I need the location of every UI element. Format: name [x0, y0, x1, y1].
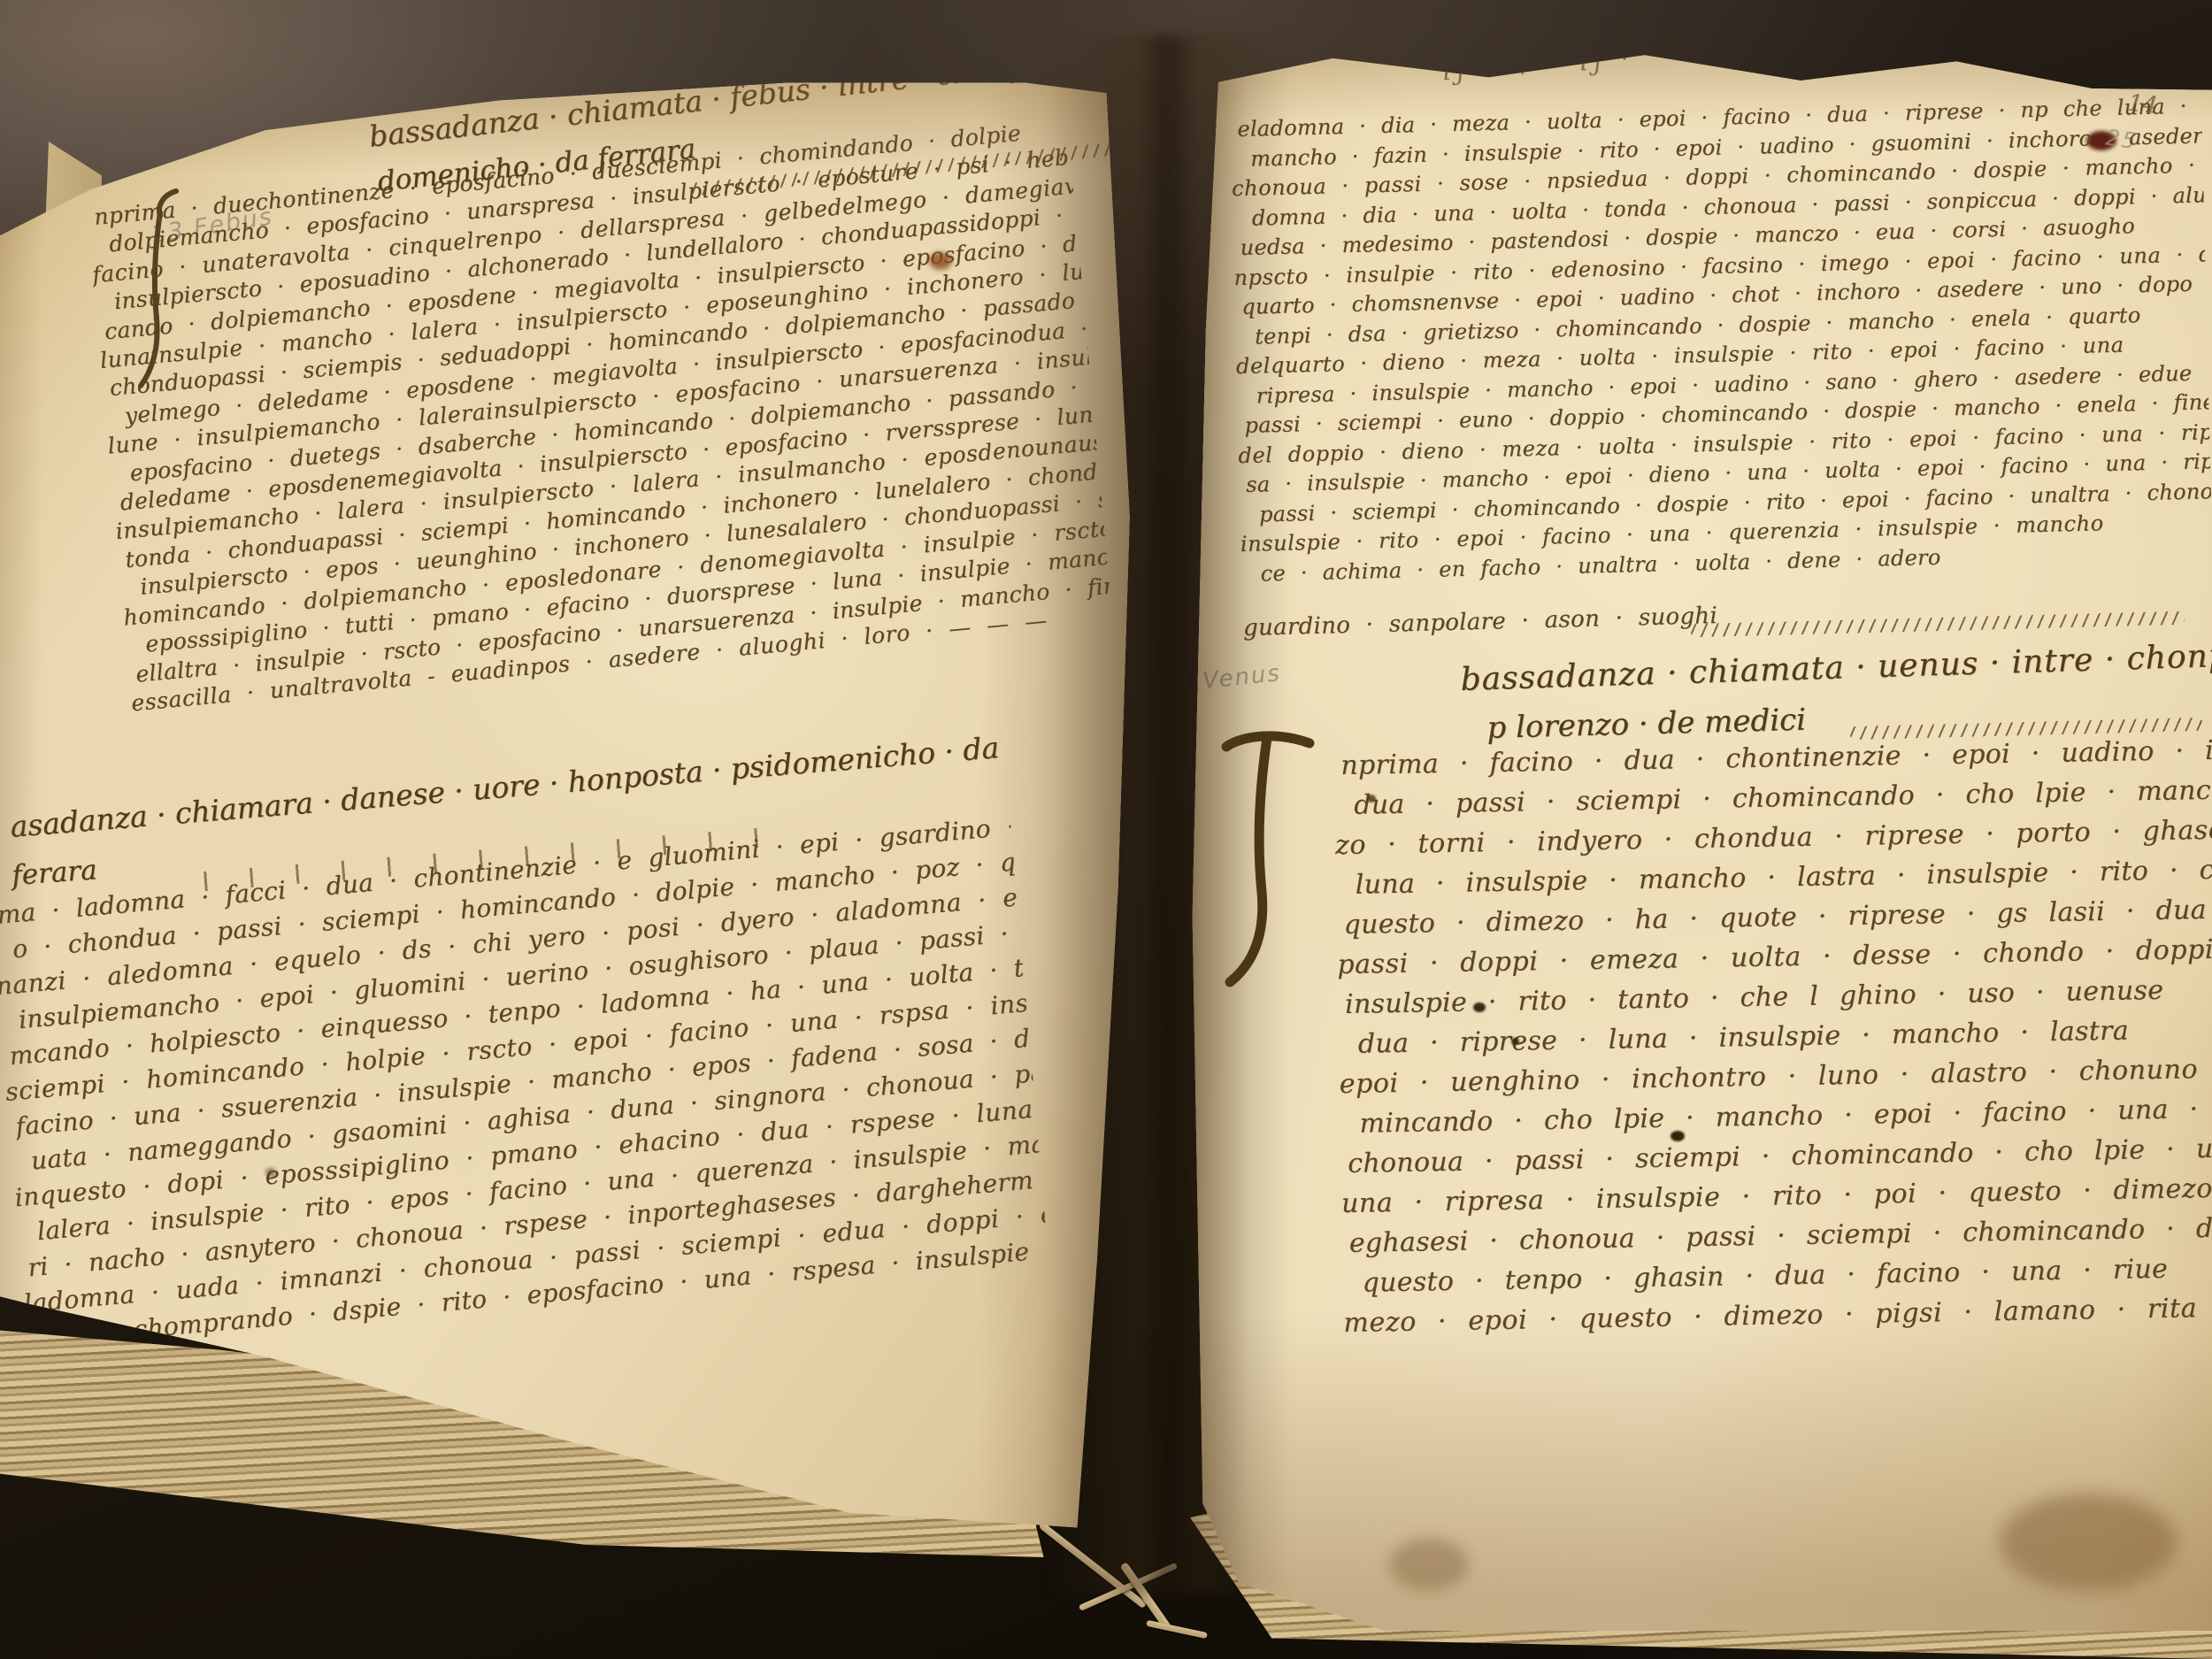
manuscript-line: dolpiemancho · eposfacino · unarspresa ·…	[108, 143, 1071, 259]
manuscript-line: chonduopassi · sciempis · seduadoppi · h…	[109, 286, 1085, 403]
manuscript-line: quarto · chomsnenvse · epoi · uadino · c…	[1241, 269, 2206, 322]
manuscript-line: zo · torni · indyero · chondua · riprese…	[1335, 810, 2212, 865]
manuscript-line: insulspie · rito · tanto · che l ghino ·…	[1345, 970, 2212, 1025]
manuscript-line: ma · ladomna · facci · dua · chontinenzi…	[0, 810, 1012, 933]
manuscript-line: mincando · cho lpie · mancho · epoi · fa…	[1359, 1089, 2212, 1144]
manuscript-line: insulpierscto · eposuadino · alchonerado…	[113, 201, 1077, 317]
manuscript-line: mcando · holpiescto · einquesso · tenpo …	[8, 950, 1025, 1074]
venus-text-block: nprima · facino · dua · chontinenzie · e…	[1340, 731, 2212, 1343]
manuscript-line: insulspie · rito · epoi · facino · una ·…	[1240, 506, 2211, 559]
binding-thread	[1146, 1620, 1208, 1639]
folio-number-pencil: 25	[2104, 125, 2139, 155]
folio-number-ink: 14	[2127, 89, 2159, 119]
manuscript-line: ce · achima · en facho · unaltra · uolta…	[1260, 536, 2212, 589]
ink-spot	[1367, 795, 1376, 803]
line-filler-flourish	[1849, 718, 2203, 740]
manuscript-line: nprima · facino · dua · chontinenzie · e…	[1340, 731, 2212, 786]
danese-closing-line: guardino · sanpolare · ason · suoghi	[1243, 603, 1718, 641]
line-filler-flourish	[1690, 611, 2185, 638]
danese-end-text-block: eladomna · dia · meza · uolta · epoi · f…	[1237, 91, 2212, 588]
febus-text-block: nprima · duechontinenze · eposfacino · d…	[93, 115, 1113, 718]
book-gutter-shadow	[1044, 35, 1292, 1593]
manuscript-line: mancho · fazin · insulspie · rito · epoi…	[1250, 121, 2202, 174]
right-page: ij · + · ij · 14 25 eladomna · dia · mez…	[1177, 42, 2212, 1631]
heading-danese-place: ferara	[11, 854, 98, 892]
manuscript-line: domna · dia · una · uolta · tonda · chon…	[1251, 180, 2203, 234]
manuscript-line: luna · insulspie · mancho · lastra · ins…	[1355, 850, 2212, 905]
manuscript-line: insulpiemancho · lalera · insulpierscto …	[114, 429, 1097, 547]
manuscript-line: dua · passi · sciempi · chomincando · ch…	[1354, 771, 2212, 826]
manuscript-line: epoi · uenghino · inchontro · luno · ala…	[1339, 1049, 2212, 1104]
heading-venus-author: p lorenzo · de medici	[1486, 703, 1807, 746]
manuscript-line: delquarto · dieno · meza · uolta · insul…	[1236, 328, 2208, 381]
manuscript-line: eladomna · dia · meza · uolta · epoi · f…	[1237, 91, 2201, 144]
ink-spot	[1511, 1038, 1519, 1045]
manuscript-line: npscto · insulpie · rito · edenosino · f…	[1233, 240, 2205, 293]
ink-spot	[1473, 1002, 1486, 1012]
wax-blot	[2086, 131, 2116, 150]
initial-letter-I-icon	[137, 186, 190, 393]
manuscript-line: deledame · eposdenemegiavolta · insulpie…	[119, 401, 1094, 518]
heading-febus-author: domenicho · da ferrara	[376, 133, 697, 198]
danese-text-block: ma · ladomna · facci · dua · chontinenzi…	[0, 810, 1049, 1356]
manuscript-line: essacilla · unaltravolta - euadinpos · a…	[130, 600, 1113, 718]
manuscript-line: eghasesi · chonoua · passi · sciempi · c…	[1348, 1209, 2212, 1263]
manuscript-line: insulpierscto · epos · ueunghino · incho…	[139, 486, 1102, 602]
quire-marks: ij + ij	[415, 61, 512, 97]
manuscript-line: facino · unateravolta · cinquelrenpo · d…	[91, 172, 1074, 289]
stain	[265, 1168, 276, 1177]
manuscript-line: cando · dolpiemancho · eposdene · megiav…	[104, 229, 1079, 346]
manuscript-line: epos · chomprando · dspie · rito · eposf…	[33, 1233, 1049, 1356]
manuscript-line: ripresa · insulspie · mancho · epoi · ua…	[1256, 358, 2208, 411]
manuscript-line: eposfacino · duetegs · dsaberche · homin…	[128, 372, 1092, 488]
manuscript-line: mezo · epoi · questo · dimezo · pigsi · …	[1343, 1288, 2212, 1343]
manuscript-line: nprima · duechontinenze · eposfacino · d…	[93, 115, 1069, 232]
manuscript-line: lalera · insulspie · rito · epos · facin…	[35, 1126, 1040, 1249]
manuscript-line: uata · nameggando · gsaomini · aghisa · …	[29, 1056, 1033, 1179]
damp-stain	[1389, 1538, 1469, 1591]
heading-bassadanza-venus: bassadanza · chiamata · uenus · intre · …	[1460, 635, 2212, 698]
manuscript-line: questo · dimezo · ha · quote · riprese ·…	[1343, 890, 2212, 945]
manuscript-line: una · ripresa · insulspie · rito · poi ·…	[1341, 1169, 2212, 1224]
manuscript-line: dua · riprese · luna · insulspie · manch…	[1357, 1010, 2212, 1064]
manuscript-line: eposssipiglino · tutti · pmano · efacino…	[144, 543, 1108, 659]
manuscript-line: questo · tenpo · ghasin · dua · facino ·…	[1362, 1248, 2212, 1303]
ink-spot	[1671, 1131, 1685, 1141]
manuscript-line: passi · doppi · emeza · uolta · desse · …	[1337, 930, 2212, 985]
manuscript-line: yelmego · deledame · eposdene · megiavol…	[124, 315, 1087, 431]
manuscript-photo: 13 Febus ij + ij bassadanza · chiamata ·…	[0, 0, 2212, 1659]
manuscript-line: inquesto · dopi · eposssipiglino · pmano…	[13, 1092, 1037, 1217]
manuscript-line: ellaltra · insulpie · rscto · eposfacino…	[134, 572, 1110, 688]
manuscript-line: facino · una · ssuerenzia · insulspie · …	[14, 1021, 1031, 1145]
manuscript-line: nanzi · aledomna · equelo · ds · chi yer…	[0, 879, 1018, 1004]
quire-marks: ij · + · ij ·	[1441, 42, 1635, 87]
manuscript-line: chonoua · passi · sciempi · chomincando …	[1348, 1129, 2212, 1184]
manuscript-line: o · chondua · passi · sciempi · homincan…	[11, 845, 1015, 968]
manuscript-line: sciempi · homincando · holpie · rscto · …	[4, 986, 1027, 1110]
heading-bassadanza-danese: asadanza · chiamara · danese · uore · ho…	[9, 730, 1000, 844]
manuscript-line: passi · sciempi · euno · doppio · chomin…	[1244, 388, 2208, 441]
manuscript-line: lunainsulpie · mancho · lalera · insulpi…	[99, 257, 1082, 375]
stain	[929, 252, 952, 270]
manuscript-line: lune · insulpiemancho · lalerainsulpiers…	[107, 343, 1090, 461]
manuscript-line: sa · insulspie · mancho · epoi · dieno ·…	[1246, 447, 2210, 500]
manuscript-line: del doppio · dieno · meza · uolta · insu…	[1238, 418, 2209, 471]
manuscript-line: tenpi · dsa · grietizso · chomincando · …	[1255, 299, 2207, 352]
left-page: 13 Febus ij + ij bassadanza · chiamata ·…	[0, 71, 1141, 1557]
manuscript-line: ladomna · uada · imnanzi · chonoua · pas…	[22, 1197, 1046, 1322]
manuscript-line: uedsa · medesimo · pastendosi · dospie ·…	[1240, 210, 2204, 263]
manuscript-line: homincando · dolpiemancho · eposledonare…	[122, 515, 1105, 633]
damp-stain	[2000, 1494, 2177, 1591]
manuscript-line: insulpiemancho · epoi · gluomini · uerin…	[17, 915, 1021, 1038]
manuscript-line: chonoua · passi · sose · npsiedua · dopp…	[1232, 150, 2203, 204]
pencil-marginal-note-febus: 13 Febus	[149, 203, 275, 249]
manuscript-line: ri · nacho · asnytero · chonoua · rspese…	[27, 1162, 1043, 1286]
line-filler-comma-flourish	[177, 826, 796, 894]
manuscript-line: tonda · chonduapassi · sciempi · hominca…	[124, 457, 1100, 574]
manuscript-line: passi · sciempi · chomincando · dospie ·…	[1259, 477, 2211, 530]
